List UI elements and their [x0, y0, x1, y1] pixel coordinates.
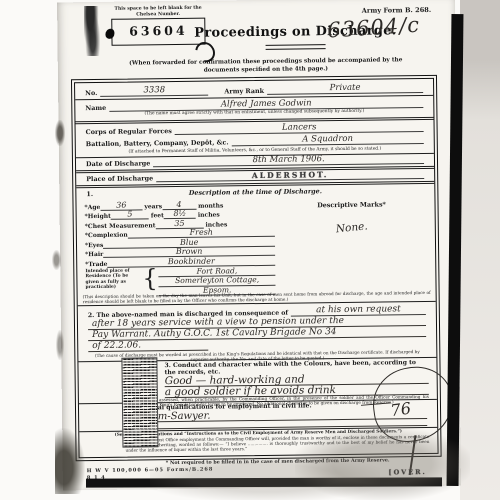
descriptive-marks-value: None. [281, 215, 423, 241]
edge-blotch [52, 250, 61, 270]
rank-label: Army Rank [224, 87, 264, 95]
corps-label: Corps of Regular Forces [86, 127, 172, 136]
edge-blotch [56, 330, 64, 360]
cause-line-4: of 22.2.06. [88, 340, 208, 352]
section-description: 1. Description at the time of Discharge.… [76, 184, 435, 306]
discharge-date-value: 8th March 1906. [153, 154, 424, 167]
forwarding-note: (When forwarded for confirmation these p… [114, 57, 418, 76]
corps-value: Lancers [175, 122, 424, 135]
main-form-box: No. 3338 Army Rank Private Name Alfred J… [74, 78, 439, 458]
trade-label: *Trade [85, 260, 107, 267]
edge-blotch [55, 120, 65, 146]
age-years-value: 36 [100, 201, 142, 211]
bottom-left-stain [55, 428, 85, 494]
age-label: *Age [84, 203, 100, 210]
initials-value: 76 [389, 399, 412, 421]
complexion-label: *Complexion [85, 232, 128, 240]
title-rule [266, 44, 326, 50]
brace-glyph: { [142, 268, 158, 297]
descriptive-marks-heading: Descriptive Marks* [280, 200, 422, 210]
discharge-place-label: Place of Discharge [86, 174, 153, 183]
rank-value: Private [267, 83, 423, 95]
eyes-label: *Eyes [85, 241, 103, 248]
height-label: *Height [85, 213, 111, 220]
months-unit: months [198, 202, 223, 209]
section-discharge-cause: 2. The above-named man is discharged in … [78, 302, 437, 362]
number-value: 3338 [100, 86, 208, 97]
height-inches-value: 8½ [164, 210, 196, 219]
height-feet-value: 5 [111, 210, 149, 219]
form-sheet: This space to be left blank for the Chel… [57, 0, 461, 490]
discharge-place-stamp: ALDERSHOT. [156, 170, 424, 182]
years-unit: years [144, 203, 162, 210]
name-label: Name [85, 104, 106, 112]
battalion-label: Battalion, Battery, Company, Depôt, &c. [86, 138, 229, 148]
cause-line-1: at his own request [291, 304, 426, 316]
discharge-date-label: Date of Discharge [86, 159, 150, 168]
descriptive-marks-block: Descriptive Marks* None. [280, 200, 422, 235]
number-label: No. [85, 89, 97, 97]
bottom-smudge [150, 456, 380, 500]
rotated-marginal-note [122, 358, 157, 446]
description-fields: *Age 36 years 4 months *Height 5 feet 8½… [84, 199, 275, 297]
document-scan-photo: This space to be left blank for the Chel… [0, 0, 500, 500]
inches-unit: inches [198, 211, 220, 218]
top-left-marks [84, 6, 100, 56]
battalion-value: A Squadron [231, 134, 423, 146]
section1-number: 1. [86, 190, 93, 198]
feet-unit: feet [151, 212, 164, 219]
chelsea-number-note: This space to be left blank for the Chel… [105, 6, 211, 18]
scan-edge-right [460, 0, 500, 500]
hair-label: *Hair [85, 251, 103, 258]
